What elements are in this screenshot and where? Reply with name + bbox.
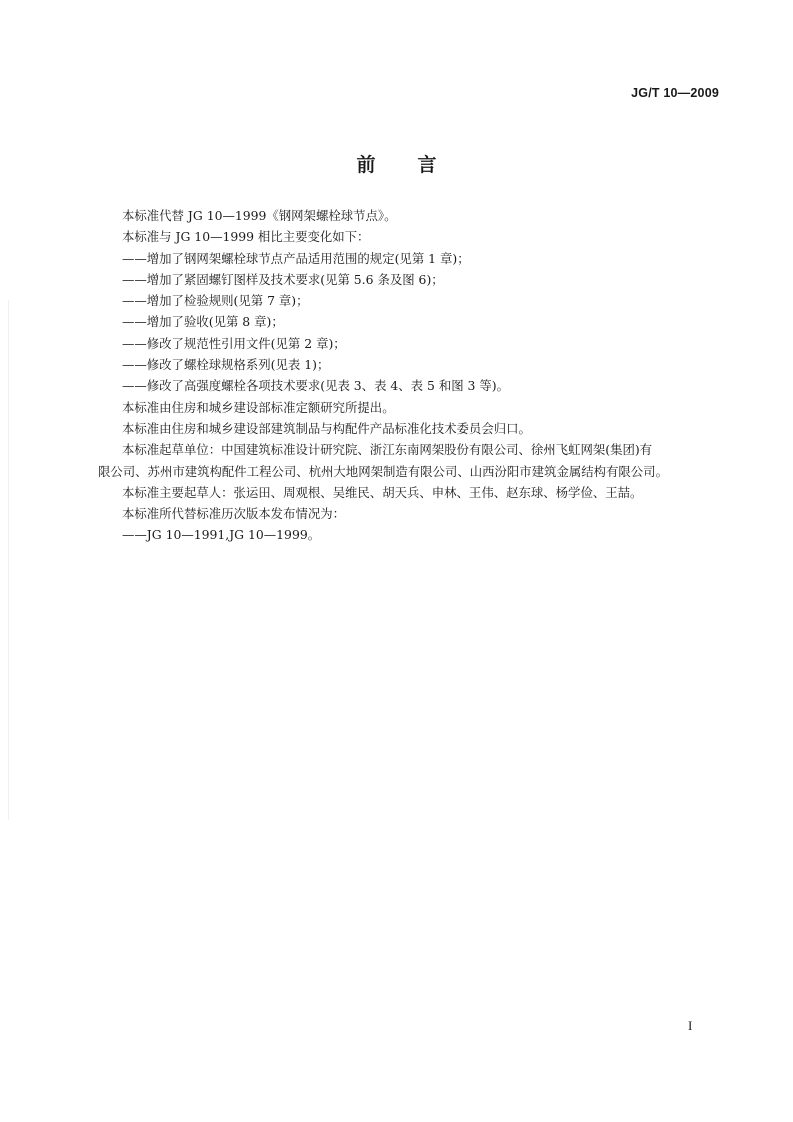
paragraph-drafting-units-cont: 限公司、苏州市建筑构配件工程公司、杭州大地网架制造有限公司、山西汾阳市建筑金属结…: [98, 461, 728, 482]
page-title: 前言: [0, 150, 793, 177]
change-item: ——增加了验收(见第 8 章)；: [98, 311, 728, 332]
paragraph-replaces: 本标准代替 JG 10—1999《钢网架螺栓球节点》。: [98, 205, 728, 226]
change-item: ——修改了螺栓球规格系列(见表 1)；: [98, 354, 728, 375]
paragraph-history-intro: 本标准所代替标准历次版本发布情况为：: [98, 503, 728, 524]
paragraph-changes-intro: 本标准与 JG 10—1999 相比主要变化如下：: [98, 226, 728, 247]
title-char-1: 前: [356, 150, 375, 177]
paragraph-proposed-by: 本标准由住房和城乡建设部标准定额研究所提出。: [98, 397, 728, 418]
paragraph-managed-by: 本标准由住房和城乡建设部建筑制品与构配件产品标准化技术委员会归口。: [98, 418, 728, 439]
title-char-2: 言: [418, 150, 437, 177]
standard-code: JG/T 10—2009: [631, 86, 719, 100]
history-item: ——JG 10—1991,JG 10—1999。: [98, 524, 728, 545]
change-item: ——增加了紧固螺钉图样及技术要求(见第 5.6 条及图 6)；: [98, 269, 728, 290]
scan-artifact: [8, 300, 9, 820]
page-number: I: [688, 1018, 692, 1034]
change-item: ——增加了检验规则(见第 7 章)；: [98, 290, 728, 311]
paragraph-drafting-units: 本标准起草单位：中国建筑标准设计研究院、浙江东南网架股份有限公司、徐州飞虹网架(…: [98, 439, 728, 460]
change-item: ——修改了规范性引用文件(见第 2 章)；: [98, 333, 728, 354]
change-item: ——修改了高强度螺栓各项技术要求(见表 3、表 4、表 5 和图 3 等)。: [98, 375, 728, 396]
foreword-body: 本标准代替 JG 10—1999《钢网架螺栓球节点》。 本标准与 JG 10—1…: [98, 205, 728, 546]
paragraph-drafters: 本标准主要起草人：张运田、周观根、吴维民、胡天兵、申林、王伟、赵东球、杨学俭、王…: [98, 482, 728, 503]
change-item: ——增加了钢网架螺栓球节点产品适用范围的规定(见第 1 章)；: [98, 248, 728, 269]
